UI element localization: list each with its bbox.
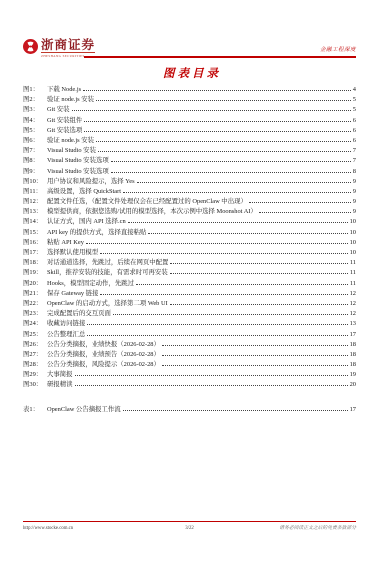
toc-dot-leader bbox=[148, 232, 347, 234]
zheshang-logo-icon bbox=[23, 39, 38, 54]
toc-page-number: 18 bbox=[350, 350, 356, 360]
toc-dot-leader bbox=[137, 181, 351, 183]
toc-dot-leader bbox=[249, 201, 351, 203]
toc-row[interactable]: 图29： 大事简报 19 bbox=[23, 370, 356, 380]
toc-page-number: 7 bbox=[353, 146, 356, 156]
toc-entry-title: 高级设置，选择 QuickStart bbox=[47, 187, 121, 197]
toc-page-number: 18 bbox=[350, 360, 356, 370]
toc-page-number: 11 bbox=[350, 258, 356, 268]
toc-entry-title: 用户协议和风险提示，选择 Yes bbox=[47, 177, 135, 187]
toc-row[interactable]: 图28： 公告分类摘报，风险提示（2026-02-28） 18 bbox=[23, 360, 356, 370]
toc-row[interactable]: 图7： Visual Studio 安装 7 bbox=[23, 146, 356, 156]
toc-entry-title: 完成配置后的交互页面 bbox=[47, 309, 111, 319]
toc-row[interactable]: 图20： Hooks，模型固定动作，先跳过 11 bbox=[23, 279, 356, 289]
toc-entry-label: 图12： bbox=[23, 197, 47, 207]
toc-entry-label: 图26： bbox=[23, 340, 47, 350]
toc-entry-label: 图3： bbox=[23, 105, 47, 115]
toc-entry-title: 配置文件任选，（配置文件处理仅会在已经配置过的 OpenClaw 中出现） bbox=[47, 197, 247, 207]
toc-row[interactable]: 图13： 模型提供商，依据您选购/试用的模型选择，本次示例中选择 Moonsho… bbox=[23, 207, 356, 217]
toc-entry-label: 图8： bbox=[23, 156, 47, 166]
toc-entry-title: 大事简报 bbox=[47, 370, 73, 380]
toc-entry-title: 公告分类摘报，业绩预告（2026-02-28） bbox=[47, 350, 160, 360]
toc-dot-leader bbox=[96, 99, 351, 101]
toc-entry-label: 图27： bbox=[23, 350, 47, 360]
toc-dot-leader bbox=[170, 272, 348, 274]
toc-dot-leader bbox=[84, 130, 350, 132]
toc-row[interactable]: 图12： 配置文件任选，（配置文件处理仅会在已经配置过的 OpenClaw 中出… bbox=[23, 197, 356, 207]
toc-entry-title: Git 安装选项 bbox=[47, 126, 82, 136]
report-category-label: 金融工程深度 bbox=[320, 45, 356, 53]
toc-row[interactable]: 图14： 认证方式，国内 API 选择.cn 10 bbox=[23, 217, 356, 227]
toc-entry-title: 研报精读 bbox=[47, 380, 73, 390]
toc-entry-title: Visual Studio 安装 bbox=[47, 146, 96, 156]
toc-row[interactable]: 图11： 高级设置，选择 QuickStart 9 bbox=[23, 187, 356, 197]
toc-page-number: 10 bbox=[350, 228, 356, 238]
toc-entry-label: 图17： bbox=[23, 248, 47, 258]
toc-page-number: 10 bbox=[350, 217, 356, 227]
toc-entry-label: 图18： bbox=[23, 258, 47, 268]
toc-row[interactable]: 图6： 验证 node.js 安装 6 bbox=[23, 136, 356, 146]
toc-row[interactable]: 图16： 粘贴 API Key 10 bbox=[23, 238, 356, 248]
toc-dot-leader bbox=[83, 89, 351, 91]
toc-entry-label: 图20： bbox=[23, 279, 47, 289]
toc-entry-label: 图10： bbox=[23, 177, 47, 187]
document-page: 浙商证券 ZHESHANG SECURITIES 金融工程深度 图表目录 图1：… bbox=[0, 0, 384, 576]
toc-row[interactable]: 图23： 完成配置后的交互页面 12 bbox=[23, 309, 356, 319]
footer-rule bbox=[23, 521, 356, 522]
toc-dot-leader bbox=[111, 160, 351, 162]
toc-row[interactable]: 图10： 用户协议和风险提示，选择 Yes 9 bbox=[23, 177, 356, 187]
toc-page-number: 18 bbox=[350, 340, 356, 350]
toc-page-number: 17 bbox=[350, 405, 356, 415]
toc-dot-leader bbox=[123, 191, 351, 193]
toc-dot-leader bbox=[75, 384, 348, 386]
toc-dot-leader bbox=[128, 221, 348, 223]
toc-dot-leader bbox=[113, 313, 348, 315]
brand-text-block: 浙商证券 ZHESHANG SECURITIES bbox=[41, 39, 95, 58]
toc-page-number: 8 bbox=[353, 167, 356, 177]
toc-entry-title: 下载 Node.js bbox=[47, 85, 81, 95]
footer-disclaimer-text: 请务必阅读正文之后的免责条款部分 bbox=[194, 524, 356, 531]
toc-page-number: 9 bbox=[353, 187, 356, 197]
toc-page-number: 6 bbox=[353, 136, 356, 146]
toc-entry-label: 图7： bbox=[23, 146, 47, 156]
toc-entry-label: 图2： bbox=[23, 95, 47, 105]
toc-entry-title: 保存 Gateway 链接 bbox=[47, 289, 98, 299]
toc-entry-label: 图6： bbox=[23, 136, 47, 146]
toc-entry-label: 图30： bbox=[23, 380, 47, 390]
toc-row[interactable]: 图18： 对话通道选择，先跳过，后续在网页中配置 11 bbox=[23, 258, 356, 268]
toc-entry-label: 图23： bbox=[23, 309, 47, 319]
toc-page-number: 6 bbox=[353, 126, 356, 136]
toc-entry-label: 图29： bbox=[23, 370, 47, 380]
toc-page-number: 9 bbox=[353, 197, 356, 207]
toc-dot-leader bbox=[86, 242, 348, 244]
toc-page-number: 13 bbox=[350, 319, 356, 329]
toc-page-number: 5 bbox=[353, 95, 356, 105]
toc-row[interactable]: 图9： Visual Studio 安装选项 8 bbox=[23, 167, 356, 177]
toc-row[interactable]: 图5： Git 安装选项 6 bbox=[23, 126, 356, 136]
toc-entry-label: 图15： bbox=[23, 228, 47, 238]
toc-row[interactable]: 图19： Skill，推荐安装的技能，有需求时可再安装 11 bbox=[23, 268, 356, 278]
report-footer: http://www.stocke.com.cn 3/22 请务必阅读正文之后的… bbox=[23, 524, 356, 531]
toc-page-number: 11 bbox=[350, 279, 356, 289]
table-toc-list: 表1： OpenClaw 公告摘报工作流 17 bbox=[23, 405, 356, 415]
toc-dot-leader bbox=[111, 171, 351, 173]
toc-row[interactable]: 图2： 验证 node.js 安装 5 bbox=[23, 95, 356, 105]
toc-row[interactable]: 图3： Git 安装 5 bbox=[23, 105, 356, 115]
figure-toc-list: 图1： 下载 Node.js 4 图2： 验证 node.js 安装 5 图3：… bbox=[23, 85, 356, 391]
toc-entry-title: 粘贴 API Key bbox=[47, 238, 84, 248]
toc-entry-title: 选择默认使用模型 bbox=[47, 248, 98, 258]
toc-row[interactable]: 图27： 公告分类摘报，业绩预告（2026-02-28） 18 bbox=[23, 350, 356, 360]
toc-entry-label: 图9： bbox=[23, 167, 47, 177]
brand-name-cn: 浙商证券 bbox=[41, 39, 95, 52]
toc-entry-title: Hooks，模型固定动作，先跳过 bbox=[47, 279, 134, 289]
toc-row[interactable]: 图22： OpenClaw 的启动方式，选择第二项 Web UI 12 bbox=[23, 299, 356, 309]
toc-entry-title: Visual Studio 安装选项 bbox=[47, 156, 109, 166]
toc-entry-title: 公告分类摘报，风险提示（2026-02-28） bbox=[47, 360, 160, 370]
toc-entry-label: 图14： bbox=[23, 217, 47, 227]
toc-row[interactable]: 图8： Visual Studio 安装选项 7 bbox=[23, 156, 356, 166]
toc-dot-leader bbox=[162, 364, 348, 366]
toc-entry-title: 模型提供商，依据您选购/试用的模型选择，本次示例中选择 Moonshot AI） bbox=[47, 207, 257, 217]
toc-dot-leader bbox=[170, 303, 348, 305]
toc-row[interactable]: 图17： 选择默认使用模型 10 bbox=[23, 248, 356, 258]
toc-entry-title: Visual Studio 安装选项 bbox=[47, 167, 109, 177]
toc-page-number: 19 bbox=[350, 370, 356, 380]
toc-page-number: 20 bbox=[350, 380, 356, 390]
toc-entry-label: 图4： bbox=[23, 116, 47, 126]
toc-entry-label: 图5： bbox=[23, 126, 47, 136]
toc-dot-leader bbox=[123, 409, 348, 411]
toc-page-number: 5 bbox=[353, 105, 356, 115]
report-header: 浙商证券 ZHESHANG SECURITIES bbox=[23, 39, 356, 61]
toc-row[interactable]: 图4： Git 安装组件 6 bbox=[23, 116, 356, 126]
toc-row[interactable]: 图15： API key 的提供方式，选择直接粘贴 10 bbox=[23, 228, 356, 238]
toc-row[interactable]: 图1： 下载 Node.js 4 bbox=[23, 85, 356, 95]
toc-entry-title: OpenClaw 公告摘报工作流 bbox=[47, 405, 121, 415]
toc-page-number: 9 bbox=[353, 207, 356, 217]
toc-dot-leader bbox=[259, 211, 351, 213]
toc-entry-label: 图13： bbox=[23, 207, 47, 217]
toc-page-number: 7 bbox=[353, 156, 356, 166]
toc-entry-title: API key 的提供方式，选择直接粘贴 bbox=[47, 228, 146, 238]
toc-dot-leader bbox=[162, 344, 348, 346]
toc-entry-label: 图21： bbox=[23, 289, 47, 299]
footer-page-number: 3/22 bbox=[185, 526, 194, 531]
toc-row[interactable]: 图21： 保存 Gateway 链接 12 bbox=[23, 289, 356, 299]
toc-entry-title: OpenClaw 的启动方式，选择第二项 Web UI bbox=[47, 299, 168, 309]
toc-entry-label: 图1： bbox=[23, 85, 47, 95]
toc-row[interactable]: 图24： 收藏访问链接 13 bbox=[23, 319, 356, 329]
toc-entry-title: 收藏访问链接 bbox=[47, 319, 85, 329]
toc-page-number: 17 bbox=[350, 330, 356, 340]
toc-entry-title: 验证 node.js 安装 bbox=[47, 136, 94, 146]
toc-entry-title: 认证方式，国内 API 选择.cn bbox=[47, 217, 126, 227]
toc-section-title: 图表目录 bbox=[0, 65, 384, 81]
toc-entry-label: 图19： bbox=[23, 268, 47, 278]
toc-dot-leader bbox=[84, 120, 350, 122]
toc-dot-leader bbox=[87, 334, 347, 336]
brand-logo: 浙商证券 ZHESHANG SECURITIES bbox=[23, 39, 356, 58]
toc-entry-label: 图16： bbox=[23, 238, 47, 248]
toc-page-number: 10 bbox=[350, 238, 356, 248]
toc-page-number: 12 bbox=[350, 309, 356, 319]
toc-entry-label: 图25： bbox=[23, 330, 47, 340]
toc-entry-label: 图28： bbox=[23, 360, 47, 370]
toc-entry-title: 对话通道选择，先跳过，后续在网页中配置 bbox=[47, 258, 168, 268]
toc-row[interactable]: 图30： 研报精读 20 bbox=[23, 380, 356, 390]
toc-entry-title: 验证 node.js 安装 bbox=[47, 95, 94, 105]
toc-dot-leader bbox=[98, 150, 351, 152]
toc-dot-leader bbox=[136, 283, 348, 285]
toc-page-number: 12 bbox=[350, 299, 356, 309]
toc-entry-title: 公告分类摘报，业绩快报（2026-02-28） bbox=[47, 340, 160, 350]
toc-dot-leader bbox=[162, 354, 348, 356]
toc-page-number: 4 bbox=[353, 85, 356, 95]
toc-entry-title: Git 安装 bbox=[47, 105, 70, 115]
toc-dot-leader bbox=[72, 109, 351, 111]
toc-entry-label: 图24： bbox=[23, 319, 47, 329]
toc-page-number: 6 bbox=[353, 116, 356, 126]
toc-dot-leader bbox=[100, 293, 347, 295]
toc-dot-leader bbox=[87, 323, 347, 325]
toc-row[interactable]: 表1： OpenClaw 公告摘报工作流 17 bbox=[23, 405, 356, 415]
toc-entry-title: Skill，推荐安装的技能，有需求时可再安装 bbox=[47, 268, 168, 278]
toc-entry-label: 表1： bbox=[23, 405, 47, 415]
toc-page-number: 12 bbox=[350, 289, 356, 299]
toc-page-number: 10 bbox=[350, 248, 356, 258]
footer-website-link[interactable]: http://www.stocke.com.cn bbox=[23, 526, 185, 531]
toc-entry-label: 图22： bbox=[23, 299, 47, 309]
toc-page-number: 9 bbox=[353, 177, 356, 187]
toc-dot-leader bbox=[170, 262, 347, 264]
toc-dot-leader bbox=[96, 140, 351, 142]
header-rule bbox=[84, 56, 356, 58]
toc-page-number: 11 bbox=[350, 268, 356, 278]
toc-entry-title: Git 安装组件 bbox=[47, 116, 82, 126]
toc-row[interactable]: 图26： 公告分类摘报，业绩快报（2026-02-28） 18 bbox=[23, 340, 356, 350]
toc-entry-label: 图11： bbox=[23, 187, 47, 197]
toc-dot-leader bbox=[100, 252, 347, 254]
toc-entry-title: 公告整理汇总 bbox=[47, 330, 85, 340]
toc-row[interactable]: 图25： 公告整理汇总 17 bbox=[23, 330, 356, 340]
toc-dot-leader bbox=[75, 374, 348, 376]
